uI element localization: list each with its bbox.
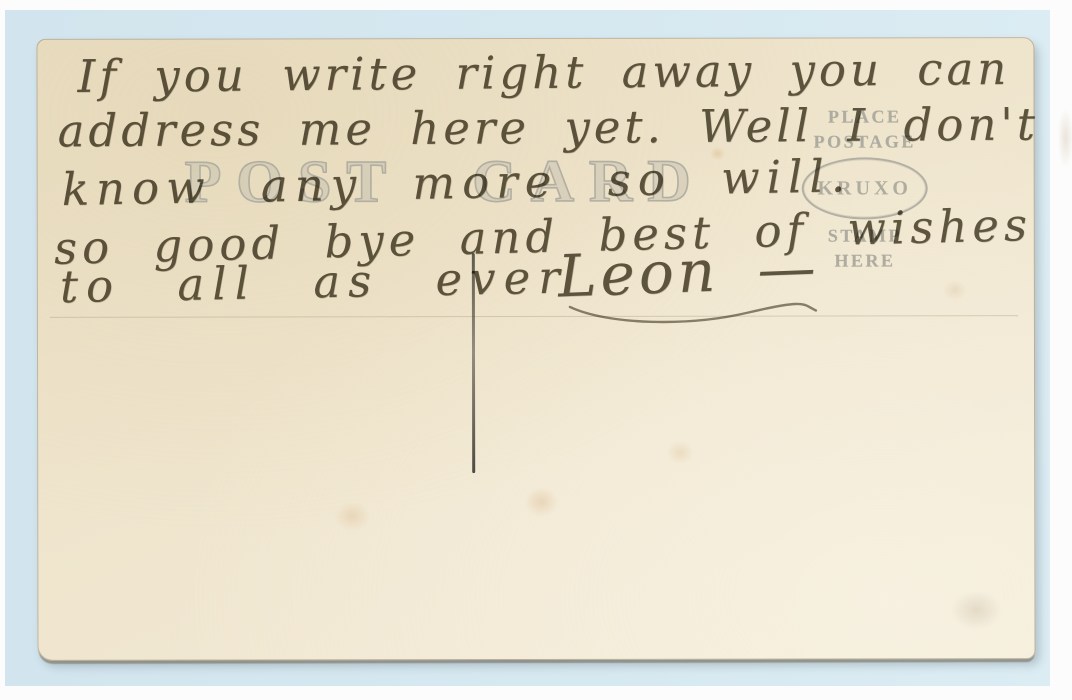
scanned-photo-background: POST CARD PLACE POSTAGE KRUXO STAMP HERE… <box>0 0 1072 700</box>
handwriting-line-5: to all as ever <box>59 252 568 313</box>
foxing-stain <box>666 441 694 465</box>
postcard-back: POST CARD PLACE POSTAGE KRUXO STAMP HERE… <box>36 37 1035 661</box>
blue-mat-background: POST CARD PLACE POSTAGE KRUXO STAMP HERE… <box>5 10 1050 686</box>
handwriting-line-1: If you write right away you can <box>77 43 1010 103</box>
faint-horizontal-rule <box>50 315 1018 318</box>
foxing-stain <box>943 280 967 300</box>
signature-flourish <box>568 297 818 327</box>
foxing-stain <box>334 501 370 531</box>
handwriting-line-2: address me here yet. Well I don't <box>57 99 1039 158</box>
foxing-stain <box>950 590 1002 630</box>
foxing-stain <box>1058 108 1072 168</box>
foxing-stain <box>524 487 558 517</box>
